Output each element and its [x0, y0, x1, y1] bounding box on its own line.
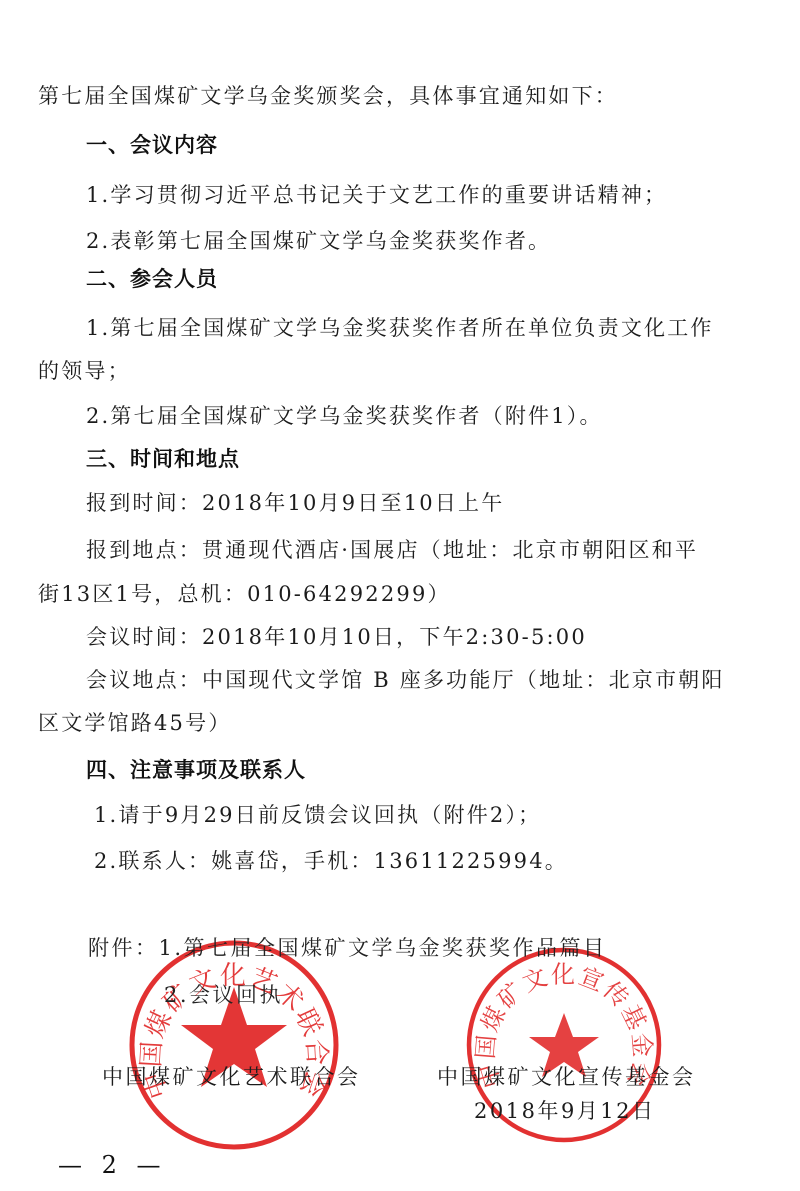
notes-item-2: 2.联系人：姚喜岱，手机：13611225994。	[94, 847, 568, 875]
attachment-line-2: 2.会议回执	[164, 981, 283, 1009]
section-heading-notes-contact: 四、注意事项及联系人	[86, 756, 306, 784]
signature-date: 2018年9月12日	[474, 1097, 656, 1125]
signature-left-org: 中国煤矿文化艺术联合会	[102, 1063, 361, 1091]
checkin-place-cont: 街13区1号，总机：010-64292299）	[38, 580, 451, 608]
notes-item-1: 1.请于9月29日前反馈会议回执（附件2）；	[94, 801, 541, 829]
document-page: 第七届全国煤矿文学乌金奖颁奖会，具体事宜通知如下： 一、会议内容 1.学习贯彻习…	[0, 0, 800, 1191]
content-item-2: 2.表彰第七届全国煤矿文学乌金奖获奖作者。	[86, 227, 551, 255]
meeting-time: 会议时间：2018年10月10日，下午2:30-5:00	[86, 623, 587, 651]
seal-left-stamp: 中国煤矿文化艺术联合会	[126, 937, 342, 1153]
meeting-place-cont: 区文学馆路45号）	[38, 709, 232, 737]
attendees-item-1-cont: 的领导；	[38, 357, 131, 385]
intro-paragraph: 第七届全国煤矿文学乌金奖颁奖会，具体事宜通知如下：	[38, 82, 618, 110]
checkin-place: 报到地点：贯通现代酒店·国展店（地址：北京市朝阳区和平	[86, 536, 698, 564]
section-heading-content: 一、会议内容	[86, 131, 218, 159]
attendees-item-2: 2.第七届全国煤矿文学乌金奖获奖作者（附件1）。	[86, 402, 603, 430]
content-item-1: 1.学习贯彻习近平总书记关于文艺工作的重要讲话精神；	[86, 181, 667, 209]
meeting-place: 会议地点：中国现代文学馆 B 座多功能厅（地址：北京市朝阳	[86, 666, 725, 694]
section-heading-time-place: 三、时间和地点	[86, 445, 240, 473]
checkin-time: 报到时间：2018年10月9日至10日上午	[86, 489, 504, 517]
attachment-line-1: 附件：1.第七届全国煤矿文学乌金奖获奖作品篇目	[88, 934, 607, 962]
attendees-item-1: 1.第七届全国煤矿文学乌金奖获奖作者所在单位负责文化工作	[86, 314, 714, 342]
signature-right-org: 中国煤矿文化宣传基金会	[437, 1063, 696, 1091]
section-heading-attendees: 二、参会人员	[86, 265, 218, 293]
page-number: — 2 —	[58, 1150, 167, 1180]
